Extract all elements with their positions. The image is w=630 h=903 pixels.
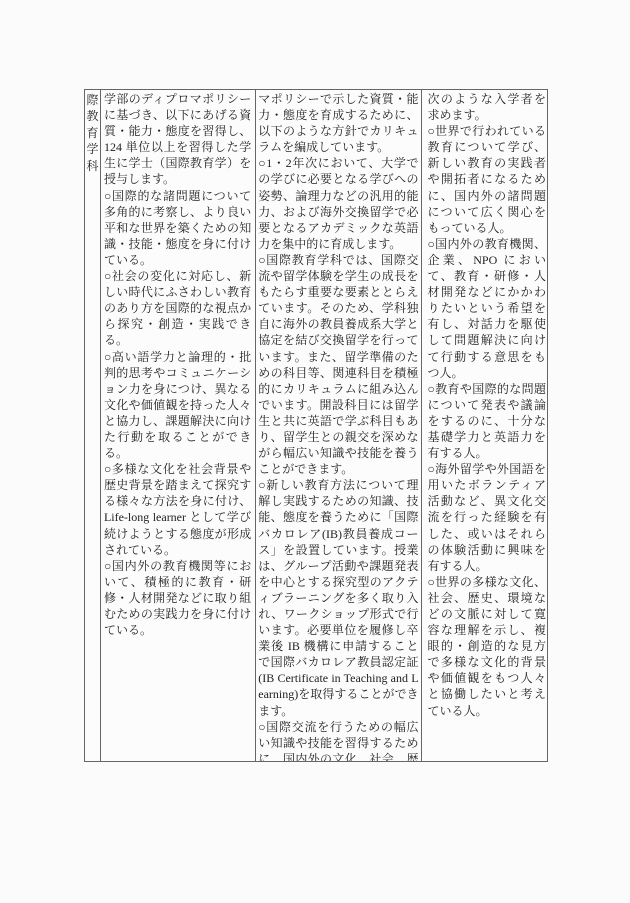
paragraph: ○国際的な諸問題について多角的に考察し、より良い平和な世界を築くための知識・技能… — [104, 188, 251, 268]
paragraph: ○海外留学や外国語を用いたボランティア活動など、異文化交流を行った経験を有した、… — [428, 461, 546, 574]
paragraph: ○国際教育学科では、国際交流や留学体験を学生の成長をもたらす重要な要素ととらえて… — [258, 252, 418, 477]
table-cell-curriculum-policy: マポリシーで示した資質・能力・態度を育成するために、以下のような方針でカリキュラ… — [255, 90, 420, 761]
paragraph: ○教育や国際的な問題について発表や議論をするのに、十分な基礎学力と英語力を有する… — [428, 381, 546, 461]
paragraph: ○国内外の教育機関、企業、NPO において、教育・研修・人材開発などにかかわりた… — [428, 236, 546, 381]
paragraph: ○多様な文化を社会背景や歴史背景を踏まえて探究する様々な方法を身に付け、Life… — [104, 461, 251, 558]
paragraph: ○世界で行われている教育について学び、新しい教育の実践者や開拓者になるために、国… — [428, 123, 546, 236]
paragraph: 学部のディプロマポリシーに基づき、以下にあげる資質・能力・態度を習得し、124 … — [104, 91, 251, 188]
policy-table: 際教育学科 学部のディプロマポリシーに基づき、以下にあげる資質・能力・態度を習得… — [84, 89, 548, 762]
paragraph: ○社会の変化に対応し、新しい時代にふさわしい教育のあり方を国際的な視点から探究・… — [104, 268, 251, 348]
paragraph: ○国内外の教育機関等において、積極的に教育・研修・人材開発などに取り組むための実… — [104, 558, 251, 638]
paragraph: ○新しい教育方法について理解し実践するための知識、技能、態度を養うために「国際バ… — [258, 477, 418, 718]
paragraph: ○世界の多様な文化、社会、歴史、環境などの文脈に対して寛容な理解を示し、複眼的・… — [428, 574, 546, 719]
department-label: 際教育学科 — [86, 92, 99, 174]
paragraph: マポリシーで示した資質・能力・態度を育成するために、以下のような方針でカリキュラ… — [258, 91, 418, 155]
paragraph: ○1・2年次において、大学での学びに必要となる学びへの姿勢、論理力などの汎用的能… — [258, 155, 418, 252]
document-page: 際教育学科 学部のディプロマポリシーに基づき、以下にあげる資質・能力・態度を習得… — [0, 0, 630, 903]
table-cell-admission-policy: 次のような入学者を求めます。○世界で行われている教育について学び、新しい教育の実… — [421, 90, 547, 761]
paragraph: ○高い語学力と論理的・批判的思考やコミュニケーション力を身につけ、異なる文化や価… — [104, 349, 251, 462]
paragraph: 次のような入学者を求めます。 — [428, 91, 546, 123]
paragraph: ○国際交流を行うための幅広い知識や技能を習得するために、国内外の文化、社会、歴史… — [258, 719, 418, 761]
table-cell-department-label: 際教育学科 — [85, 90, 100, 761]
table-cell-diploma-policy: 学部のディプロマポリシーに基づき、以下にあげる資質・能力・態度を習得し、124 … — [100, 90, 255, 761]
